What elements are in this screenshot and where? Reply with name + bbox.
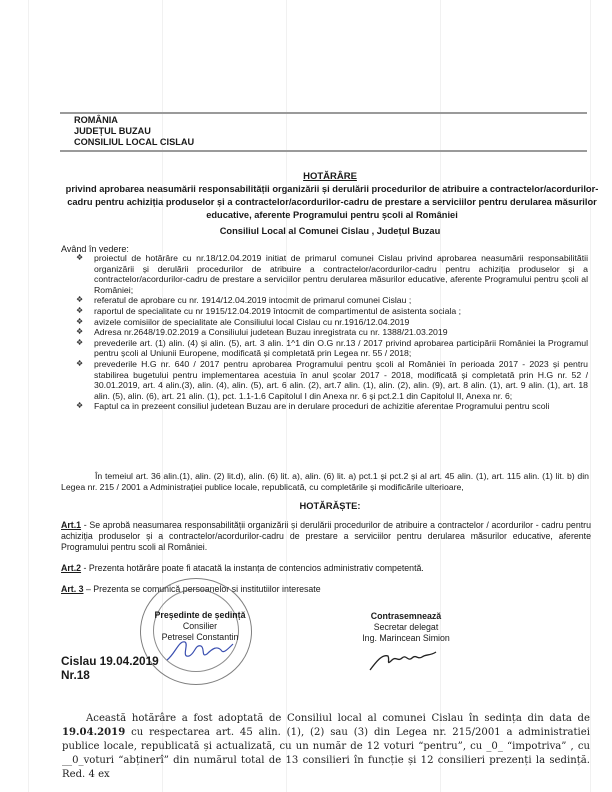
diamond-bullet-icon: ❖ [76, 253, 83, 264]
article-1: Art.1 - Se aprobă neasumarea responsabil… [61, 520, 591, 552]
list-item: ❖prevederile art. (1) alin. (4) și alin.… [76, 338, 588, 359]
handwritten-signature-icon [368, 648, 440, 674]
diamond-bullet-icon: ❖ [76, 327, 83, 338]
header-top-rule [60, 112, 587, 114]
article-label: Art. 3 [61, 584, 84, 594]
document-subtitle: privind aprobarea neasumării responsabil… [62, 183, 602, 222]
article-2: Art.2 - Prezenta hotărâre poate fi ataca… [61, 563, 591, 574]
list-item: ❖Adresa nr.2648/19.02.2019 a Consiliului… [76, 327, 588, 338]
diamond-bullet-icon: ❖ [76, 317, 83, 328]
article-text: Prezenta hotărâre poate fi atacată la in… [89, 563, 424, 573]
scan-artifact [28, 0, 29, 792]
diamond-bullet-icon: ❖ [76, 338, 83, 349]
diamond-bullet-icon: ❖ [76, 359, 83, 370]
diamond-bullet-icon: ❖ [76, 401, 83, 412]
diamond-bullet-icon: ❖ [76, 295, 83, 306]
president-role: Președinte de ședință [130, 610, 270, 621]
considerations-list: ❖proiectul de hotărâre cu nr.18/12.04.20… [76, 253, 588, 412]
countersign-role: Contrasemnează [346, 611, 466, 622]
place-date-text: Cislau 19.04.2019 [61, 654, 159, 668]
place-and-date: Cislau 19.04.2019 Nr.18 [61, 654, 159, 682]
list-item: ❖referatul de aprobare cu nr. 1914/12.04… [76, 295, 588, 306]
president-title: Consilier [130, 621, 270, 632]
diamond-bullet-icon: ❖ [76, 306, 83, 317]
header-bottom-rule [60, 150, 587, 152]
article-text: Se aprobă neasumarea responsabilității o… [61, 520, 591, 552]
header-county: JUDEȚUL BUZAU [74, 126, 194, 137]
countersign-title: Secretar delegat [346, 622, 466, 633]
header-council: CONSILIUL LOCAL CISLAU [74, 137, 194, 148]
countersign-block: Contrasemnează Secretar delegat Ing. Mar… [346, 611, 466, 644]
decision-number: Nr.18 [61, 668, 159, 682]
list-item: ❖avizele comisiilor de specialitate ale … [76, 317, 588, 328]
article-3: Art. 3 – Prezenta se comunică persoanelo… [61, 584, 591, 595]
list-item: ❖raportul de specialitate cu nr 1915/12.… [76, 306, 588, 317]
scan-artifact [590, 0, 591, 792]
countersign-name: Ing. Marincean Simion [346, 633, 466, 644]
handwritten-signature-icon [165, 636, 235, 664]
article-label: Art.1 [61, 520, 81, 530]
header-country: ROMÂNIA [74, 115, 194, 126]
article-label: Art.2 [61, 563, 81, 573]
document-title: HOTĂRÂRE [60, 171, 600, 182]
list-item: ❖Faptul ca in prezeent consiliul judetea… [76, 401, 588, 412]
adoption-date: 19.04.2019 [62, 727, 125, 738]
issuer-heading: Consiliul Local al Comunei Cislau , Jude… [60, 226, 600, 236]
list-item: ❖prevederile H.G nr. 640 / 2017 pentru a… [76, 359, 588, 401]
list-item: ❖proiectul de hotărâre cu nr.18/12.04.20… [76, 253, 588, 295]
adoption-note: Această hotărâre a fost adoptată de Cons… [62, 712, 590, 782]
decides-heading: HOTĂRĂȘTE: [60, 501, 600, 511]
legal-basis-paragraph: În temeiul art. 36 alin.(1), alin. (2) l… [61, 471, 589, 492]
document-header: ROMÂNIA JUDEȚUL BUZAU CONSILIUL LOCAL CI… [74, 115, 194, 148]
